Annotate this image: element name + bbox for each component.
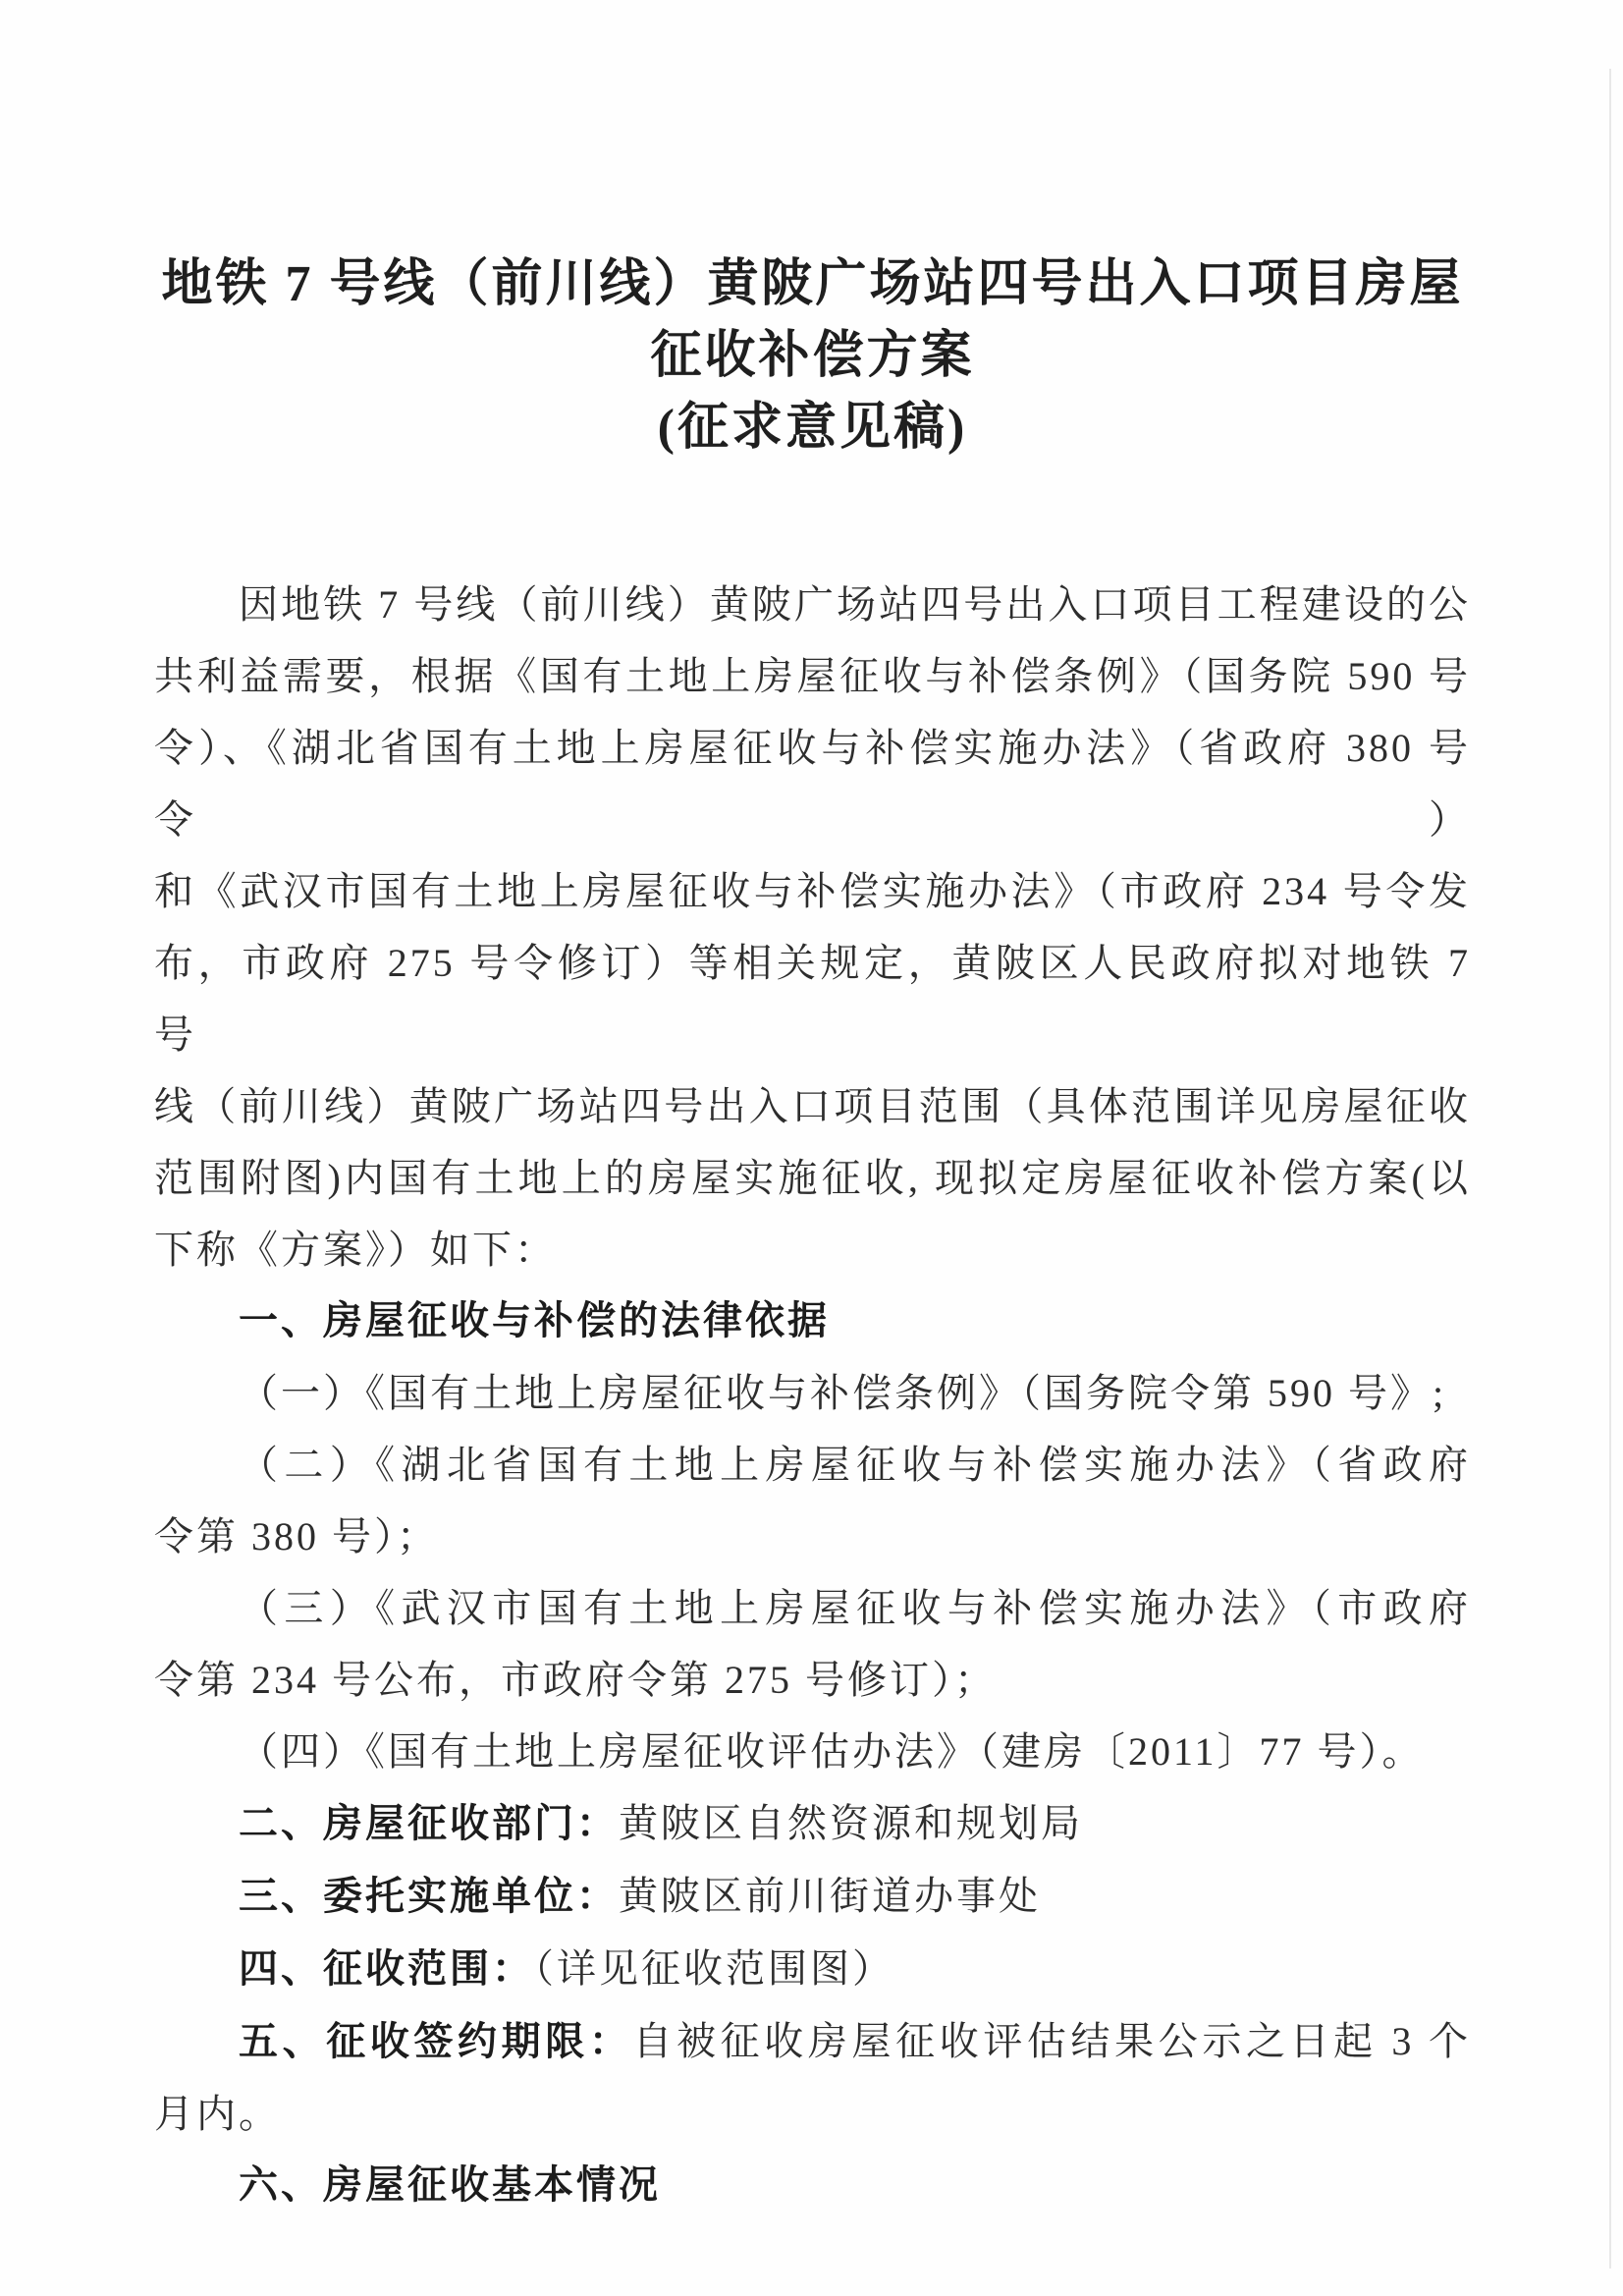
section-label: 三、委托实施单位：	[239, 1875, 619, 1918]
section-5-continuation: 月内。	[154, 2078, 1471, 2150]
section-label: 二、房屋征收部门：	[239, 1802, 619, 1845]
section-label: 五、征收签约期限：	[239, 2020, 632, 2063]
section-heading-5: 五、征收签约期限：自被征收房屋征收评估结果公示之日起 3 个	[154, 2005, 1471, 2078]
list-item: （一）《国有土地上房屋征收与补偿条例》（国务院令第 590 号》;	[154, 1357, 1471, 1429]
paragraph-line: 下称《方案》）如下：	[154, 1214, 1471, 1285]
section-label: 四、征收范围：	[239, 1947, 534, 1991]
scan-artifact-line	[1609, 69, 1611, 2269]
document-content: 地铁 7 号线（前川线）黄陂广场站四号出入口项目房屋 征收补偿方案 (征求意见稿…	[154, 248, 1471, 2221]
list-item-continuation: 令第 380 号）；	[154, 1501, 1471, 1572]
list-item: （三）《武汉市国有土地上房屋征收与补偿实施办法》（市政府	[154, 1572, 1471, 1644]
paragraph-line: 共利益需要，根据《国有土地上房屋征收与补偿条例》（国务院 590 号	[154, 640, 1471, 712]
document-title: 地铁 7 号线（前川线）黄陂广场站四号出入口项目房屋 征收补偿方案 (征求意见稿…	[154, 248, 1471, 464]
section-heading-4: 四、征收范围：（详见征收范围图）	[154, 1933, 1471, 2005]
paragraph-line: 令）、《湖北省国有土地上房屋征收与补偿实施办法》（省政府 380 号令）	[154, 712, 1471, 855]
paragraph-line: 因地铁 7 号线（前川线）黄陂广场站四号出入口项目工程建设的公	[154, 569, 1471, 640]
list-item: （四）《国有土地上房屋征收评估办法》（建房〔2011〕77 号）。	[154, 1716, 1471, 1787]
paragraph-line: 和《武汉市国有土地上房屋征收与补偿实施办法》（市政府 234 号令发	[154, 855, 1471, 927]
title-line-3: (征求意见稿)	[154, 392, 1471, 464]
title-line-1: 地铁 7 号线（前川线）黄陂广场站四号出入口项目房屋	[154, 248, 1471, 320]
section-value: 黄陂区前川街道办事处	[619, 1874, 1041, 1918]
section-heading-6: 六、房屋征收基本情况	[154, 2150, 1471, 2221]
section-heading-1: 一、房屋征收与补偿的法律依据	[154, 1285, 1471, 1357]
list-item-continuation: 令第 234 号公布，市政府令第 275 号修订）；	[154, 1644, 1471, 1716]
section-heading-2: 二、房屋征收部门：黄陂区自然资源和规划局	[154, 1787, 1471, 1860]
title-line-2: 征收补偿方案	[154, 320, 1471, 392]
section-value: 黄陂区自然资源和规划局	[619, 1801, 1083, 1845]
document-page: 地铁 7 号线（前川线）黄陂广场站四号出入口项目房屋 征收补偿方案 (征求意见稿…	[0, 0, 1623, 2296]
section-value: 自被征收房屋征收评估结果公示之日起 3 个	[632, 2019, 1471, 2063]
document-body: 因地铁 7 号线（前川线）黄陂广场站四号出入口项目工程建设的公 共利益需要，根据…	[154, 569, 1471, 2221]
section-heading-3: 三、委托实施单位：黄陂区前川街道办事处	[154, 1860, 1471, 1933]
section-value: （详见征收范围图）	[534, 1946, 894, 1991]
paragraph-line: 线（前川线）黄陂广场站四号出入口项目范围（具体范围详见房屋征收	[154, 1070, 1471, 1142]
paragraph-line: 布，市政府 275 号令修订）等相关规定，黄陂区人民政府拟对地铁 7 号	[154, 927, 1471, 1070]
paragraph-line: 范围附图)内国有土地上的房屋实施征收, 现拟定房屋征收补偿方案(以	[154, 1142, 1471, 1214]
list-item: （二）《湖北省国有土地上房屋征收与补偿实施办法》（省政府	[154, 1429, 1471, 1501]
